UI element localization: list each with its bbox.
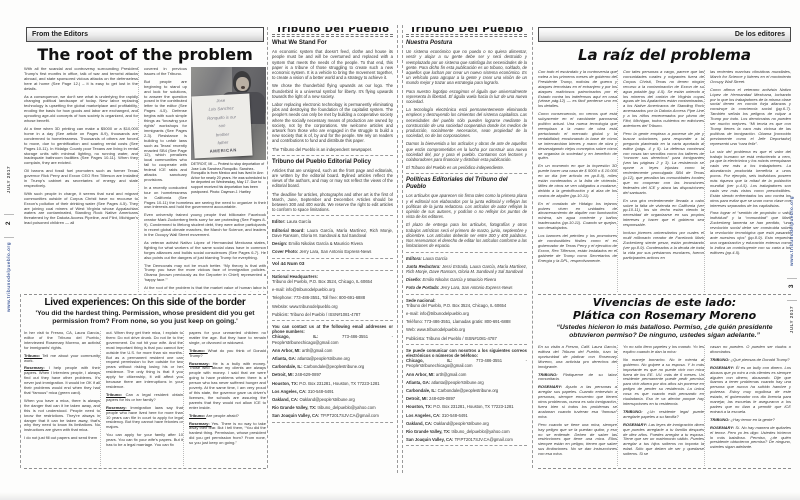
article-title-root-of-problem: The root of the problem [24, 45, 266, 64]
paragraph: Houston, TX: P.O. Box 231281, Houston, T… [406, 404, 527, 409]
paragraph: ROSEMARY: Ayudo a las personas a arregla… [538, 385, 617, 419]
margin-tick [4, 237, 14, 238]
paragraph: Labor replacing electronic technology is… [272, 102, 393, 144]
paragraph: son [195, 122, 249, 130]
section-separator [272, 215, 393, 216]
root-article-col2: JoseLuis SanchezRonquillo is oursonbroth… [138, 67, 266, 292]
hq-lines: Tribuno del Pueblo, P.O. Box 3524, Chica… [272, 279, 393, 317]
paragraph: Detroit, MI: 248-629-0897 [272, 372, 393, 377]
masthead-title: Tribuno Del Pueblo [406, 27, 527, 32]
paragraph: The Tribuno del Pueblo is an independent… [272, 147, 393, 152]
section-header-from-the-editors: From the Editors [26, 27, 264, 42]
left-masthead-column: Tribuno Del Pueblo What We Stand For An … [272, 27, 393, 470]
paragraph: TRIBUNO: Platíqueme de su labor comunita… [538, 373, 617, 383]
section-separator [406, 445, 527, 446]
paragraph: In her visit to Fresno, CA, Laura García… [24, 331, 100, 351]
paragraph: Como afirma el veterano activista Nativo… [710, 88, 791, 147]
paragraph: Houston, TX: P.O. Box 231281, Houston, T… [272, 381, 393, 386]
paragraph: Editorial Board: Laura García, María Mar… [272, 228, 393, 238]
paragraph: El Tribuno del Pueblo es un periódico in… [406, 165, 527, 170]
paragraph: Articles that are unsigned, such as the … [272, 168, 393, 189]
paragraph: Telephone: 773-486-3551, Toll free: 800-… [272, 295, 393, 300]
paragraph: With all the scandal and controversy sur… [24, 67, 138, 92]
contact-list: Chicago, IL: 773-486-3551 - People'strib… [272, 334, 393, 418]
paragraph: Chicago, IL: 773-486-3551 - People'strib… [272, 334, 393, 344]
paragraph: An economic system that doesn't feed, cl… [272, 49, 393, 80]
paragraph: Tribuno: What do you think of Donald Tru… [189, 349, 266, 359]
paragraph: Diseño: Emilio Nikolas García y Mauricio… [406, 277, 527, 282]
paragraph: Pero la gente empieza a ponerse de pie y… [623, 132, 704, 196]
paragraph: Rio Grande Valley, TX: tribuno_delpueblo… [272, 405, 393, 410]
raiz-colC: las recientes marchas climáticas mundial… [704, 70, 791, 292]
paragraph: Publicist: Tribuno del Pueblo / ISSN#108… [272, 312, 393, 317]
paragraph: Atlanta, GA: atlanta@people'stribune.org [272, 356, 393, 361]
paragraph: Luis Sanchez [194, 105, 248, 113]
paragraph: Rosemary: I help people with their paper… [24, 366, 100, 395]
paragraph: Tribuno: Can a legal resident obtain pap… [106, 393, 183, 403]
section-separator [272, 320, 393, 321]
lived-article-top-rule [24, 294, 266, 295]
raiz-colB: Con tales personas a cargo, parece que l… [617, 70, 704, 292]
paragraph: brother [195, 130, 249, 138]
paragraph: e-mail: info@tribunodelpueblo.org [272, 287, 393, 292]
paragraph: Yo no sólo lleno papeles y los mando. Yo… [623, 345, 704, 355]
lived-col3: papers for your unmarried children no ma… [183, 331, 266, 466]
protest-sign: JoseLuis SanchezRonquillo is oursonbroth… [191, 94, 252, 159]
paragraph: Web: www.tribunodelpueblo.org [406, 327, 527, 332]
scan-edge-shadow [0, 492, 800, 500]
vivencias-bottom-rule [538, 468, 791, 469]
paragraph: San Joaquin Valley, CA: TP.PT2017SJV.CA@… [272, 413, 393, 418]
section-separator [406, 173, 527, 174]
lived-article-bottom-rule [24, 468, 266, 469]
paragraph: Editora: Laura García [406, 256, 527, 261]
lived-subtitle-quote: 'You did the hardest thing. Permission, … [30, 310, 260, 327]
paragraph: Un sistema económico que no pueda o no q… [406, 49, 527, 85]
credits-list: Editor: Laura GarcíaEditorial Board: Lau… [272, 219, 393, 254]
protester-mouth [241, 86, 245, 89]
masthead-rule [406, 36, 527, 37]
raiz-article-columns: Con todo el escándalo y la controversia … [538, 70, 791, 292]
paragraph: Oil barons and fossil fuel promoters suc… [24, 169, 138, 189]
left-column-divider [267, 27, 268, 468]
paragraph: Cover Photo: Jerry Lara, San Antonio Exp… [272, 249, 393, 254]
paragraph: Teléfono: 773-486-3551, Llamadas gratis:… [406, 319, 527, 324]
section-separator [272, 258, 393, 259]
paragraph: Con todo el escándalo y la controversia … [538, 70, 617, 109]
section-separator [406, 252, 527, 253]
page-number-left: 2 [5, 221, 12, 225]
paragraph: Atlanta, GA: atlanta@people'stribune.org [406, 380, 527, 385]
paragraph: Jose [194, 97, 248, 105]
lived-col1: In her visit to Fresno, CA, Laura García… [24, 331, 100, 466]
paragraph: Ronquillo is our [194, 113, 248, 121]
paragraph: Tribuno: Are people afraid? [189, 414, 266, 419]
paragraph: Rosemary: Yes. There is no way to take a… [189, 422, 266, 447]
paragraph: Rosemary: He is a bully with money. Thos… [189, 362, 266, 411]
credits-list: Editora: Laura GarcíaJunta Redactora: Je… [406, 256, 527, 291]
sede-lines: Tribuno del Pueblo, P.O. Box 3524, Chica… [406, 303, 527, 341]
paragraph: Publicista: Tribuno del Pueblo / ISSN#10… [406, 336, 527, 341]
section-separator [272, 422, 393, 423]
lived-article-left-rule [20, 294, 21, 468]
paragraph: La tecnología electrónica está permanent… [406, 107, 527, 138]
issue-date-left: JULY 2017 [6, 166, 11, 193]
contact-intro: You can contact us at the following emai… [272, 324, 393, 334]
paragraph: As a consequence, we don't see what is u… [24, 95, 138, 124]
page-gutter-line [397, 25, 398, 473]
paragraph: Rio Grande Valley, TX: tribuno_delpueblo… [406, 429, 527, 434]
paragraph: Incluso jóvenes universitarios por cuale… [623, 231, 704, 260]
vivencias-col1: En su visita a Fresno, Calif. Laura Garc… [538, 345, 617, 466]
paragraph: Foto de Portada: Jerry Lara, San Antonio… [406, 285, 527, 290]
paragraph: At the root of the problem is that the m… [144, 286, 266, 292]
contact-list: Chicago, IL: 773-486-3551 - People'strib… [406, 358, 527, 442]
paragraph: Oakland, CA: Oakland@people'stribune.org [272, 397, 393, 402]
page-gutter-line [402, 25, 403, 473]
paragraph: I do not just fill out papers and send t… [24, 436, 100, 441]
paragraph: At a time when 3D printing can make a $5… [24, 127, 138, 166]
paragraph: No maneje borracho. No le mienta al gobi… [623, 358, 704, 407]
paragraph: papers for your unmarried children no ma… [189, 331, 266, 346]
article-title-lived-experiences: Lived experiences: On this side of the b… [24, 297, 266, 308]
article-title-vivencias: Vivencias de este lado: Plática con Rose… [538, 296, 791, 322]
newspaper-spread: JULY 2017 2 www.tribunodelpueblo.org www… [0, 0, 800, 500]
section-separator [272, 155, 393, 156]
paragraph: With such people in charge, it seems tha… [24, 192, 138, 226]
paragraph: Tribuno del Pueblo, P.O. Box 3524, Chica… [272, 279, 393, 284]
paragraph: out. When they get their mica, I explain… [106, 331, 183, 390]
paragraph: En una gira recientemente llevada a cabo… [623, 199, 704, 228]
paragraph: Como consecuencia, no vemos qué está sub… [538, 112, 617, 161]
paragraph: Pero cuando se tiene una mica, siempre h… [538, 423, 617, 457]
margin-tick [4, 214, 14, 215]
paragraph: Tribuno del Pueblo, P.O. Box 3524, Chica… [406, 303, 527, 308]
protest-photo: JoseLuis SanchezRonquillo is oursonbroth… [191, 67, 266, 160]
paragraph: Los Angeles, CA: 310-548-6491 [272, 389, 393, 394]
politicas-heading: Políticas Editoriales del Tribuno del Pu… [406, 177, 527, 191]
vivencias-title-line2: Plática con Rosemary Moreno [538, 309, 791, 322]
paragraph: The Democrats may not be much better. “M… [144, 264, 266, 284]
lived-article-columns: In her visit to Fresno, CA, Laura García… [24, 331, 266, 466]
paragraph: Para nuestro logotipo escogimos el águil… [406, 89, 527, 105]
photo-caption: DETROIT, MI — Protest to stop deportatio… [191, 162, 266, 194]
paragraph: Con tales personas a cargo, parece que l… [623, 70, 704, 129]
paragraph: La raíz del problema es que el valor del… [710, 150, 791, 209]
politicas-text: Los artículos que aparecen sin firma tal… [406, 193, 527, 248]
paragraph: We chose the thunderbird flying upwards … [272, 83, 393, 99]
paragraph: las recientes marchas climáticas mundial… [710, 70, 791, 85]
vivencias-title-line1: Vivencias de este lado: [538, 296, 791, 309]
paragraph: Website: www.tribunodelpueblo.org [272, 304, 393, 309]
lived-col2: out. When they get their mica, I explain… [100, 331, 183, 466]
paragraph: Los barones del petróleo y los promotore… [538, 234, 617, 263]
vivencias-col2: Yo no sólo lleno papeles y los mando. Yo… [617, 345, 704, 466]
paragraph: You can apply for your family after 10 y… [106, 433, 183, 448]
editorial-policy-heading: Tribuno del Pueblo Editorial Policy [272, 159, 393, 166]
raiz-colA: Con todo el escándalo y la controversia … [538, 70, 617, 292]
paragraph: En su visita a Fresno, Calif. Laura Garc… [538, 345, 617, 370]
paragraph: Chicago, IL: 773-486-3551 - People'strib… [406, 358, 527, 368]
paragraph: Los Angeles, CA: 310-548-6491 [406, 413, 527, 418]
what-we-stand-for-text: An economic system that doesn't feed, cl… [272, 49, 393, 152]
paragraph: When you have a mica, there is always th… [24, 399, 100, 433]
paragraph: Los artículos que aparecen sin firma tal… [406, 193, 527, 219]
paragraph: Tribuno: Tell me about your community wo… [24, 354, 100, 364]
nuestra-postura-text: Un sistema económico que no pueda o no q… [406, 49, 527, 170]
paragraph: Ann Arbor, MI: artlr@gmail.com [406, 372, 527, 377]
paragraph: El plazo de entrega para los artículos, … [406, 222, 527, 248]
paragraph: AMERICAN [196, 147, 250, 155]
paragraph: Ann Arbor, MI: artlr@gmail.com [272, 348, 393, 353]
right-masthead-column: Tribuno Del Pueblo Nuestra Postura Un si… [406, 27, 527, 470]
paragraph: Carbondale, IL: Carbondale@peoplestribun… [406, 388, 527, 393]
vivencias-subtitle-quote: “Ustedes hicieron lo más batalloso. Perm… [544, 324, 785, 341]
article-title-la-raiz: La raíz del problema [538, 46, 791, 64]
editorial-policy-text: Articles that are unsigned, such as the … [272, 168, 393, 213]
photo-block: JoseLuis SanchezRonquillo is oursonbroth… [191, 67, 266, 194]
paragraph: As veteran activist Nativo López of Herm… [144, 241, 266, 261]
paragraph: e-mail: info@tribunodelpueblo.org [406, 311, 527, 316]
contact-intro-es: Se puede comunicar con nosotros a los si… [406, 348, 527, 358]
paragraph: En el condado de Hidalgo los tejanos pob… [538, 202, 617, 231]
website-left: www.tribunodelpueblo.org [6, 242, 11, 312]
paragraph: Junta Redactora: Jessi Estrada, Laura Ga… [406, 264, 527, 274]
section-separator [272, 270, 393, 271]
masthead-title: Tribuno Del Pueblo [272, 27, 393, 32]
paragraph: Damos la bienvenida a los artículos y ob… [406, 141, 527, 162]
paragraph: Para lograr el “sentido de propósito o v… [710, 211, 791, 255]
paragraph: Detroit, MI: 248-629-0897 [406, 396, 527, 401]
paragraph: ROSEMARY: Él es un bully con dinero. Los… [710, 366, 791, 415]
vivencias-columns: En su visita a Fresno, Calif. Laura Garc… [538, 345, 791, 466]
root-article-col1: With all the scandal and controversy sur… [24, 67, 138, 292]
masthead-rule [272, 36, 393, 37]
paragraph: Carbondale, IL: Carbondale@peoplestribun… [272, 364, 393, 369]
paragraph: TRIBUNO: ¿Hay temor en la gente? [710, 418, 791, 423]
paragraph: casan no pueden. O pueden ser viudos o d… [710, 345, 791, 355]
paragraph: ROSEMARY: Sí. No hay manera de quitarles… [710, 426, 791, 451]
nuestra-postura-heading: Nuestra Postura [406, 40, 527, 47]
volume-number: Vol 44 Num 03 [272, 262, 393, 267]
vivencias-top-rule [538, 294, 791, 295]
section-separator [406, 294, 527, 295]
section-separator [406, 344, 527, 345]
paragraph: father [196, 139, 250, 147]
root-article-columns: With all the scandal and controversy sur… [24, 67, 266, 292]
paragraph: Oakland, CA: Oakland@people'stribune.org [406, 421, 527, 426]
paragraph: TRIBUNO: ¿Un residente legal puede arreg… [623, 410, 704, 420]
right-column-divider [532, 27, 533, 468]
paragraph: Rosemary: Immigration laws say that peop… [106, 406, 183, 431]
paragraph: ROSEMARY: Las leyes de inmigración dicen… [623, 423, 704, 457]
paragraph: Editor: Laura García [272, 219, 393, 224]
paragraph: En un momento en que la impresión 3D pue… [538, 164, 617, 198]
section-header-de-los-editores: De los editores [538, 27, 791, 42]
vivencias-col3: casan no pueden. O pueden ser viudos o d… [704, 345, 791, 466]
paragraph: Even university trained young people tha… [144, 213, 266, 238]
paragraph: Design: Emilio Nikolas García & Mauricio… [272, 241, 393, 246]
paragraph: The deadline for articles, photographs a… [272, 192, 393, 213]
paragraph: TRIBUNO: ¿Qué piensas de Donald Trump? [710, 358, 791, 363]
paragraph: San Joaquin Valley, CA: TP.PT2017SJV.CA@… [406, 437, 527, 442]
what-we-stand-for-heading: What We Stand For [272, 40, 393, 47]
